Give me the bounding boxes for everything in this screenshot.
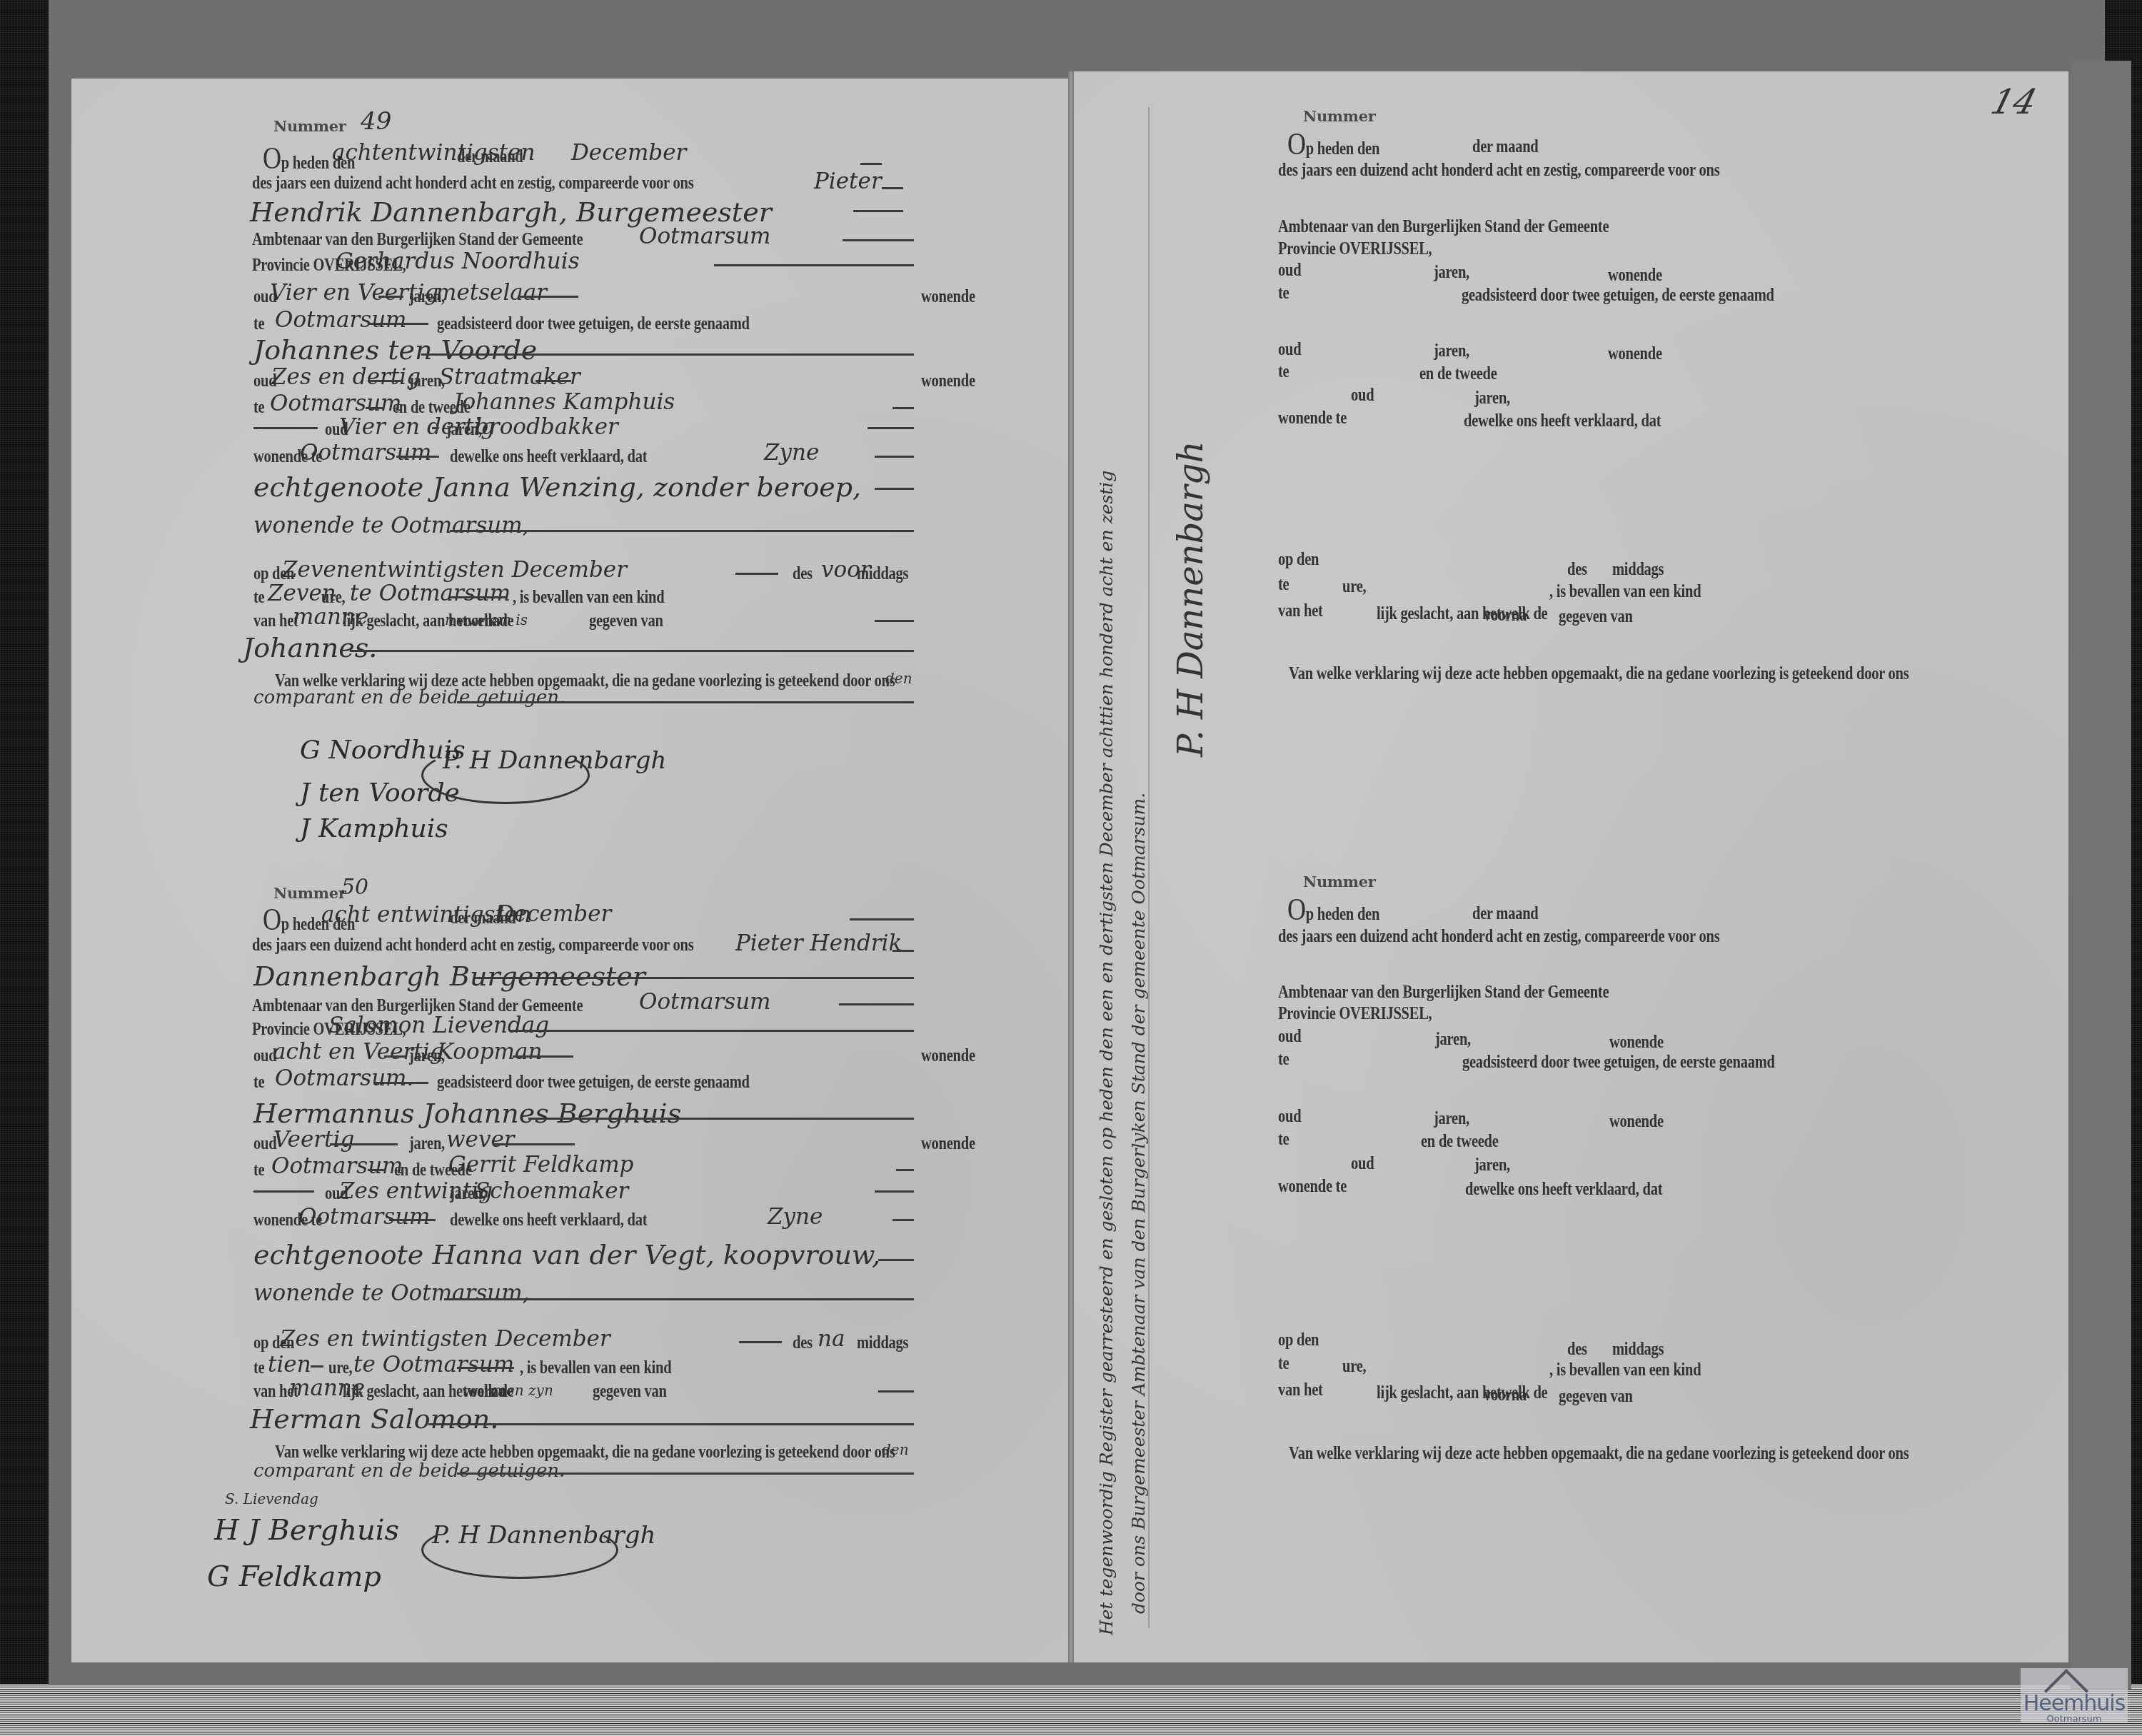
official-line: Dannenbargh Burgemeester [253,960,645,992]
heemhuis-watermark: Heemhuis Ootmarsum [2021,1668,2128,1722]
signature-1: S. Lievendag [225,1490,318,1507]
label-des-jaars: des jaars een duizend acht honderd acht … [252,174,693,194]
label-jaren: jaren, [1434,1109,1469,1129]
birth-part: na [818,1326,845,1352]
label-op-heden: p heden den [1306,905,1379,924]
act-month: December [571,140,686,166]
label-te: te [1278,1354,1289,1374]
drop-cap: O [263,141,281,176]
witness1-residence: Ootmarsum [271,1153,403,1179]
declarant-occupation: Koopman [437,1039,542,1065]
label-op-den: op den [1278,1330,1319,1350]
label-des-jaars: des jaars een duizend acht honderd acht … [1278,927,1719,947]
label-wonende: wonende [921,1134,975,1154]
nummer-label: Nummer [273,884,346,902]
label-ambtenaar: Ambtenaar van den Burgerlijken Stand der… [1278,983,1609,1003]
label-gegeven-van: gegeven van [589,611,663,631]
label-der-maand: der maand [1472,137,1539,157]
name-word: am is [489,611,528,628]
label-te: te [1278,284,1289,303]
label-oud: oud [1351,1154,1374,1174]
label-geadsisteerd: geadsisteerd door twee getuigen, de eers… [437,1073,750,1093]
birth-day: Zevenentwintigsten December [282,557,627,583]
act-number: 50 [341,875,368,900]
label-jaren: jaren, [1434,341,1469,361]
book-gutter [1068,71,1074,1662]
child-name: Herman Salomon. [250,1403,498,1435]
label-voorna: voorna [1484,1385,1527,1405]
label-provincie: Provincie [1278,1004,1336,1023]
witness1-name: Hermannus Johannes Berghuis [253,1098,681,1129]
label-te: te [1278,1050,1289,1070]
nummer-label: Nummer [1303,873,1376,890]
label-jaren: jaren, [1474,388,1510,408]
gemeente: Ootmarsum [639,989,771,1015]
witness2-occupation: broodbakker [475,414,618,440]
declarant-name: Salomon Lievendag [328,1013,549,1038]
margin-note-signature: P. H Dannenbargh [1171,441,1211,757]
official-first: Pieter [814,169,882,194]
signature-2: H J Berghuis [214,1514,399,1547]
label-dewelke: dewelke ons heeft verklaard, dat [1465,1180,1662,1200]
watermark-brand: Heemhuis [2021,1691,2128,1716]
label-gegeven-van: gegeven van [593,1382,667,1402]
act-number: 49 [361,107,391,136]
label-en-de-tweede: en de tweede [1419,364,1497,384]
label-en-de-tweede: en de tweede [1421,1132,1499,1152]
nummer-label: Nummer [273,117,346,135]
witness2-residence: Ootmarsum [298,1204,431,1230]
label-dewelke: dewelke ons heeft verklaard, dat [450,1210,647,1230]
mother-line: echtgenoote Janna Wenzing, zonder beroep… [253,471,861,503]
label-op-heden: p heden den [1306,139,1379,159]
scan-artifact-strip [0,1684,2142,1736]
label-gegeven-van: gegeven van [1559,607,1633,627]
witness2-name: Johannes Kamphuis [453,389,675,415]
label-oud: oud [1278,1027,1301,1047]
birth-day: Zes en twintigsten December [280,1326,610,1352]
closing-line: comparant en de beide getuigen. [253,1460,565,1482]
birth-hour: tien [268,1352,311,1378]
declarant-residence: Ootmarsum [275,307,407,333]
label-wonende: wonende [1608,344,1662,364]
child-name: Johannes. [243,632,377,663]
label-van-het: van het [1278,1380,1323,1400]
label-van-welke: Van welke verklaring wij deze acte hebbe… [275,1443,895,1462]
dat-word: Zyne [768,1204,823,1230]
label-oud: oud [1351,386,1374,406]
label-te: te [253,588,264,608]
closing-hand: den [882,1441,909,1458]
label-jaren: jaren, [1434,263,1469,283]
label-geadsisteerd: geadsisteerd door twee getuigen, de eers… [1462,1053,1775,1073]
declarant-occupation: metselaar [436,280,547,306]
label-te: te [1278,362,1289,382]
margin-note-line-1: Het tegenwoordig Register gearresteerd e… [1096,471,1117,1635]
label-wonende: wonende [1609,1112,1664,1132]
label-provincie: Provincie [1278,239,1336,259]
witness1-age: Zes en dertig [271,364,421,390]
label-der-maand: der maand [1472,904,1539,924]
name-word: men zyn [493,1382,553,1399]
label-jaren: jaren, [1435,1030,1471,1050]
closing-hand: den [885,670,912,687]
drop-cap: O [1287,892,1306,927]
label-wonende: wonende [1608,266,1662,286]
witness2-occupation: Schoenmaker [475,1178,628,1204]
label-oud: oud [1278,1107,1301,1127]
label-bevallen: , is bevallen van een kind [520,1358,671,1378]
label-van-het: van het [253,611,298,631]
signature-3: G Feldkamp [207,1560,381,1593]
drop-cap: O [263,902,281,937]
label-des: des [793,564,813,584]
label-jaren: jaren, [1474,1155,1510,1175]
label-des-jaars: des jaars een duizend acht honderd acht … [1278,161,1719,181]
label-ambtenaar: Ambtenaar van den Burgerlijken Stand der… [1278,217,1609,237]
mount-frame-right [2071,61,2131,1689]
gemeente: Ootmarsum [639,224,771,249]
label-bevallen: , is bevallen van een kind [513,588,664,608]
label-overijssel: OVERIJSSEL, [1339,1004,1432,1023]
right-page [1072,71,2068,1662]
witness1-residence: Ootmarsum [270,391,402,416]
label-gegeven-van: gegeven van [1559,1387,1633,1407]
label-overijssel: OVERIJSSEL, [1339,239,1432,259]
closing-line: comparant en de beide getuigen. [253,687,565,708]
label-provincie: Provincie [252,1020,310,1039]
label-te: te [253,1160,264,1180]
label-te: te [253,1073,264,1093]
label-oud: oud [1278,261,1301,281]
name-article: n [445,611,454,628]
mother-residence: wonende te Ootmarsum, [253,1280,530,1306]
label-bevallen: , is bevallen van een kind [1549,1360,1701,1380]
label-voorna: voorna [1484,606,1527,626]
label-middags: middags [857,1333,908,1353]
label-middags: middags [857,564,908,584]
label-ure: ure, [1342,577,1366,597]
label-des: des [1567,560,1587,580]
label-te: te [253,398,264,418]
label-wonende: wonende [921,1046,975,1066]
label-provincie: Provincie [252,256,310,275]
label-te: te [253,1358,264,1378]
margin-note-line-2: door ons Burgemeester Ambtenaar van den … [1128,793,1149,1614]
label-wonende-te: wonende te [1278,1177,1347,1197]
official-first: Pieter Hendrik [735,930,902,956]
label-wonende: wonende [1609,1033,1664,1053]
label-des: des [1567,1340,1587,1360]
label-bevallen: , is bevallen van een kind [1549,582,1701,602]
label-geadsisteerd: geadsisteerd door twee getuigen, de eers… [437,314,750,334]
dat-word: Zyne [764,440,819,466]
label-wonende: wonende [921,287,975,307]
label-der-maand: der maand [457,147,523,167]
witness2-residence: Ootmarsum [300,440,432,466]
birth-place: te Ootmarsum [350,581,511,606]
label-dewelke: dewelke ons heeft verklaard, dat [450,447,647,467]
nummer-label: Nummer [1303,107,1376,125]
label-ure: ure, [1342,1357,1366,1377]
mother-line: echtgenoote Hanna van der Vegt, koopvrou… [253,1239,880,1270]
label-ambtenaar: Ambtenaar van den Burgerlijken Stand der… [252,230,583,250]
witness2-name: Gerrit Feldkamp [448,1152,633,1178]
label-te: te [1278,575,1289,595]
label-oud: oud [1278,340,1301,360]
label-van-welke: Van welke verklaring wij deze acte hebbe… [1289,664,1909,684]
signature-3: J Kamphuis [300,814,448,843]
declarant-residence: Ootmarsum. [275,1065,413,1091]
label-geadsisteerd: geadsisteerd door twee getuigen, de eers… [1462,286,1774,306]
label-dewelke: dewelke ons heeft verklaard, dat [1464,411,1661,431]
label-jaren: jaren, [409,1134,445,1154]
label-middags: middags [1612,1340,1664,1360]
label-van-het: van het [1278,601,1323,621]
label-van-welke: Van welke verklaring wij deze acte hebbe… [1289,1444,1909,1464]
act-month: December [496,901,611,927]
witness1-occupation: Straatmaker [439,364,580,390]
label-wonende: wonende [921,371,975,391]
drop-cap: O [1287,126,1306,161]
label-te: te [253,314,264,334]
label-middags: middags [1612,560,1664,580]
label-des: des [793,1333,813,1353]
witness1-occupation: wever [446,1127,515,1153]
witness1-age: Veertig [273,1127,354,1153]
witness1-name: Johannes ten Voorde [253,334,537,366]
watermark-sub: Ootmarsum [2021,1714,2128,1725]
mother-residence: wonende te Ootmarsum, [253,513,530,538]
label-des-jaars: des jaars een duizend acht honderd acht … [252,935,693,955]
label-te: te [1278,1130,1289,1150]
label-wonende-te: wonende te [1278,408,1347,428]
label-op-den: op den [1278,550,1319,570]
declarant-name: Gerhardus Noordhuis [336,249,580,274]
birth-place: te Ootmarsum [353,1352,514,1378]
